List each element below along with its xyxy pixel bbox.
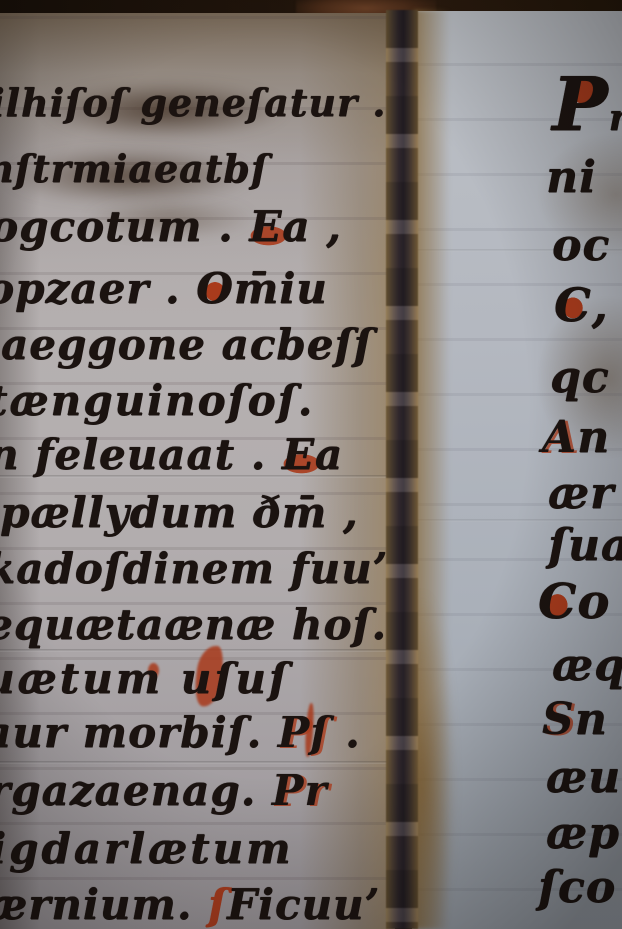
left-page: ilhiſoſ geneſatur .nſtrmiaeatbſogcotum .… — [0, 13, 395, 929]
text-segment: æq — [552, 640, 622, 691]
text-segment: aur morbiſ. — [0, 708, 278, 757]
text-segment: Ficuu’ — [227, 880, 380, 929]
manuscript-line: ær — [548, 471, 614, 517]
text-segment: tænguinoſoſ. — [0, 376, 314, 425]
text-segment: o — [577, 574, 610, 630]
text-segment: n feleuaat . — [0, 430, 282, 479]
text-segment: uætum uſuſ — [0, 654, 290, 703]
text-segment: r — [609, 97, 622, 139]
manuscript-line: oc — [552, 223, 610, 269]
manuscript-photo: ilhiſoſ geneſatur .nſtrmiaeatbſogcotum .… — [0, 0, 622, 929]
manuscript-line: ſua — [548, 523, 622, 569]
text-segment: C — [554, 281, 592, 329]
manuscript-line: æu — [546, 755, 621, 801]
binding-gutter — [386, 10, 418, 929]
manuscript-line: tænguinoſoſ. — [0, 379, 314, 423]
manuscript-line: nſtrmiaeatbſ — [0, 149, 268, 189]
text-segment: P — [552, 67, 609, 145]
manuscript-line: qc — [550, 355, 610, 401]
manuscript-line: Pr — [552, 67, 622, 145]
manuscript-line: aur morbiſ. Pſ . — [0, 711, 361, 755]
text-segment: equætaænæ hoſ. — [0, 600, 387, 649]
manuscript-line: æp — [546, 811, 620, 857]
parchment-crease — [0, 649, 395, 652]
manuscript-line: pællydum ðm̄ , — [0, 491, 358, 535]
text-segment: , — [592, 278, 609, 332]
manuscript-line: ni — [546, 155, 597, 201]
manuscript-line: rgazaenag. Pr — [0, 769, 328, 813]
manuscript-line: igdarlætum — [0, 827, 294, 871]
text-segment: ſco — [538, 862, 616, 913]
text-segment: n — [575, 694, 608, 745]
text-segment: Pr — [272, 766, 328, 815]
text-segment: qc — [550, 352, 610, 403]
manuscript-line: kadoſdinem fuu’ — [0, 547, 388, 591]
text-segment: ni — [546, 152, 597, 203]
text-segment: ſ — [208, 880, 227, 929]
manuscript-line: ærnium. ſFicuu’ — [0, 883, 380, 927]
manuscript-line: Sn — [542, 697, 608, 743]
text-segment: æp — [546, 808, 620, 859]
manuscript-line: ogcotum . Ea , — [0, 205, 342, 249]
text-segment: m̄iu — [234, 264, 328, 313]
text-segment: ilhiſoſ geneſatur . — [0, 80, 386, 125]
text-segment: , — [310, 202, 341, 251]
text-segment: oc — [552, 220, 610, 271]
manuscript-line: Co — [538, 577, 610, 627]
text-segment: Pſ — [278, 708, 330, 757]
text-segment: S — [542, 694, 575, 745]
text-segment: Ea — [249, 205, 310, 249]
text-segment: ær — [548, 468, 614, 519]
text-segment: æu — [546, 752, 621, 803]
text-segment: A — [542, 412, 577, 463]
text-segment: O — [196, 267, 234, 311]
text-segment: ogcotum . — [0, 202, 249, 251]
text-segment: laeggone acbeſſ . — [0, 320, 395, 369]
manuscript-line: ilhiſoſ geneſatur . — [0, 83, 386, 123]
parchment-crease — [0, 761, 395, 764]
text-segment: C — [538, 577, 577, 627]
gutter-stain — [408, 560, 480, 929]
manuscript-line: æq — [552, 643, 622, 689]
text-segment: nſtrmiaeatbſ — [0, 146, 268, 191]
text-segment: rgazaenag. — [0, 766, 272, 815]
manuscript-line: laeggone acbeſſ . — [0, 323, 395, 367]
text-segment: opzaer . — [0, 264, 196, 313]
text-segment: ſua — [548, 520, 622, 571]
manuscript-line: equætaænæ hoſ. — [0, 603, 387, 647]
manuscript-line: An — [542, 415, 610, 461]
text-segment: . — [329, 708, 360, 757]
text-segment: igdarlætum — [0, 824, 294, 873]
manuscript-line: ſco — [538, 865, 616, 911]
text-segment: n — [577, 412, 610, 463]
text-segment: pællydum ðm̄ , — [0, 488, 358, 537]
text-segment: Ea — [282, 433, 343, 477]
manuscript-line: uætum uſuſ — [0, 657, 290, 701]
manuscript-line: C, — [554, 281, 609, 329]
text-segment: kadoſdinem fuu’ — [0, 544, 388, 593]
manuscript-line: n feleuaat . Ea — [0, 433, 343, 477]
manuscript-line: opzaer . Om̄iu — [0, 267, 328, 311]
text-segment: ærnium. — [0, 880, 208, 929]
